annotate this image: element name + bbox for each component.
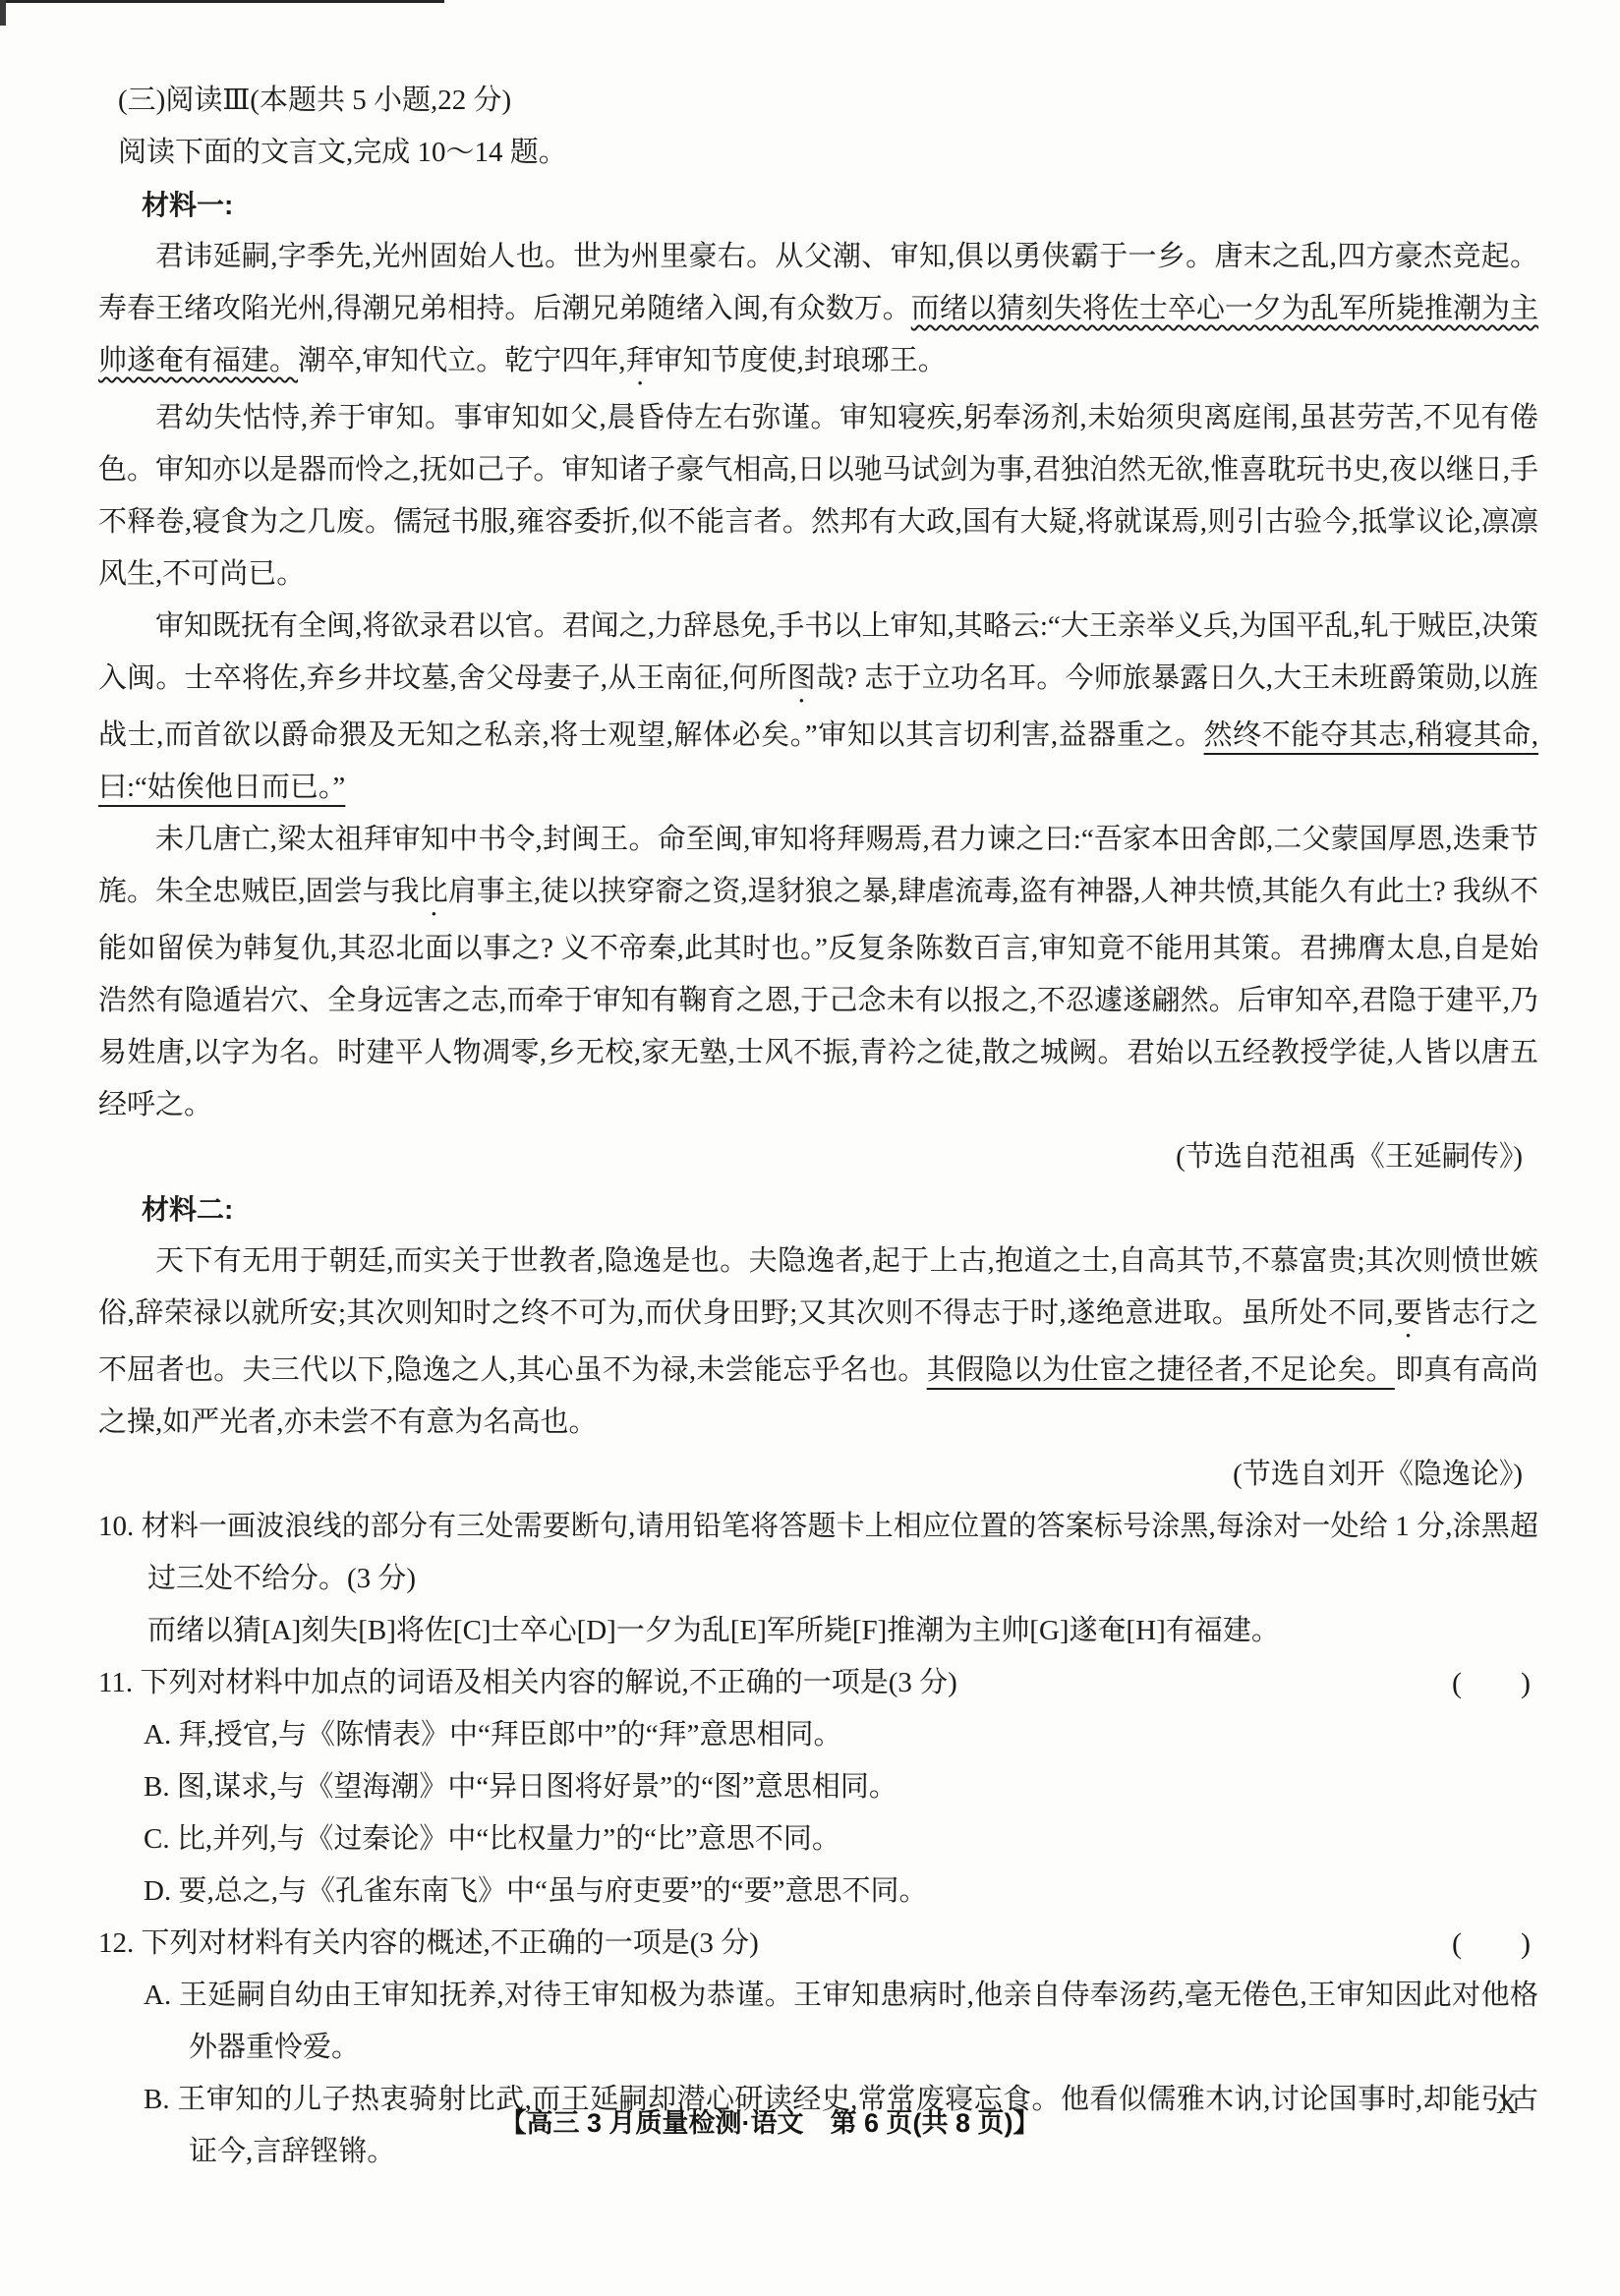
- material-1-paragraph-2: 君幼失怙恃,养于审知。事审知如父,晨昏侍左右弥谨。审知寝疾,躬奉汤剂,未始须臾离…: [98, 392, 1538, 601]
- question-12-answer-bracket: ( ): [1452, 1918, 1538, 1970]
- question-11: 11. 下列对材料中加点的词语及相关内容的解说,不正确的一项是(3 分) ( )…: [98, 1657, 1538, 1918]
- text-segment-dot: 比: [420, 876, 448, 907]
- material-2-heading: 材料二:: [142, 1183, 1538, 1235]
- material-1-source: (节选自范祖禹《王延嗣传》): [98, 1131, 1538, 1183]
- text-segment: 审知节度使,封琅琊王。: [655, 345, 947, 376]
- question-10-sentence: 而绪以猜[A]刻失[B]将佐[C]士卒心[D]一夕为乱[E]军所毙[F]推潮为主…: [98, 1605, 1538, 1657]
- option-label: C.: [144, 1823, 170, 1855]
- text-segment-dot: 图: [787, 662, 816, 694]
- option-text: 图,谋求,与《望海潮》中“异日图将好景”的“图”意思相同。: [177, 1771, 897, 1803]
- option-text: 王延嗣自幼由王审知抚养,对待王审知极为恭谨。王审知患病时,他亲自侍奉汤药,毫无倦…: [179, 1980, 1538, 2063]
- exam-page: (三)阅读Ⅲ(本题共 5 小题,22 分) 阅读下面的文言文,完成 10～14 …: [0, 0, 1620, 2296]
- question-11-option-c: C. 比,并列,与《过秦论》中“比权量力”的“比”意思不同。: [98, 1813, 1538, 1865]
- option-text: 比,并列,与《过秦论》中“比权量力”的“比”意思不同。: [177, 1823, 840, 1855]
- material-2-source: (节选自刘开《隐逸论》): [98, 1449, 1538, 1501]
- text-segment: 君幼失怙恃,养于审知。事审知如父,晨昏侍左右弥谨。审知寝疾,躬奉汤剂,未始须臾离…: [98, 402, 1538, 590]
- question-10-number: 10.: [98, 1511, 134, 1542]
- text-segment: 潮卒,审知代立。乾宁四年,: [298, 345, 626, 376]
- scan-artifact-top: [0, 0, 444, 3]
- text-segment: 天下有无用于朝廷,而实关于世教者,隐逸是也。夫隐逸者,起于上古,抱道之士,自高其…: [98, 1245, 1538, 1329]
- option-text: 要,总之,与《孔雀东南飞》中“虽与府吏要”的“要”意思不同。: [178, 1875, 927, 1907]
- section-heading: (三)阅读Ⅲ(本题共 5 小题,22 分): [118, 75, 1538, 127]
- question-11-option-b: B. 图,谋求,与《望海潮》中“异日图将好景”的“图”意思相同。: [98, 1761, 1538, 1813]
- material-1-paragraph-3: 审知既抚有全闽,将欲录君以官。君闻之,力辞恳免,手书以上审知,其略云:“大王亲举…: [98, 601, 1538, 814]
- material-1-heading: 材料一:: [142, 179, 1538, 231]
- passage-intro: 阅读下面的文言文,完成 10～14 题。: [118, 127, 1538, 179]
- question-11-stem: 11. 下列对材料中加点的词语及相关内容的解说,不正确的一项是(3 分): [98, 1657, 1452, 1709]
- question-10: 10. 材料一画波浪线的部分有三处需要断句,请用铅笔将答题卡上相应位置的答案标号…: [98, 1501, 1538, 1657]
- question-11-text: 下列对材料中加点的词语及相关内容的解说,不正确的一项是(3 分): [140, 1667, 956, 1698]
- question-11-number: 11.: [98, 1667, 133, 1698]
- question-12-option-a: A. 王延嗣自幼由王审知抚养,对待王审知极为恭谨。王审知患病时,他亲自侍奉汤药,…: [98, 1970, 1538, 2074]
- material-2-paragraph-1: 天下有无用于朝廷,而实关于世教者,隐逸是也。夫隐逸者,起于上古,抱道之士,自高其…: [98, 1235, 1538, 1449]
- option-label: A.: [144, 1719, 171, 1751]
- question-11-option-a: A. 拜,授官,与《陈情表》中“拜臣郎中”的“拜”意思相同。: [98, 1709, 1538, 1761]
- scan-artifact-left: [0, 0, 6, 26]
- question-11-answer-bracket: ( ): [1452, 1657, 1538, 1709]
- option-label: A.: [144, 1980, 171, 2011]
- question-11-options: A. 拜,授官,与《陈情表》中“拜臣郎中”的“拜”意思相同。 B. 图,谋求,与…: [98, 1709, 1538, 1918]
- question-10-stem: 10. 材料一画波浪线的部分有三处需要断句,请用铅笔将答题卡上相应位置的答案标号…: [98, 1501, 1538, 1605]
- question-11-stem-row: 11. 下列对材料中加点的词语及相关内容的解说,不正确的一项是(3 分) ( ): [98, 1657, 1538, 1709]
- text-segment-dot: 拜: [626, 345, 655, 376]
- text-segment-underline: 其假隐以为仕宦之捷径者,不足论矣。: [927, 1354, 1395, 1386]
- corner-mark: X: [1496, 2088, 1518, 2121]
- question-11-option-d: D. 要,总之,与《孔雀东南飞》中“虽与府吏要”的“要”意思不同。: [98, 1865, 1538, 1918]
- option-label: D.: [144, 1875, 171, 1907]
- option-text: 拜,授官,与《陈情表》中“拜臣郎中”的“拜”意思相同。: [178, 1719, 841, 1751]
- question-12-options: A. 王延嗣自幼由王审知抚养,对待王审知极为恭谨。王审知患病时,他亲自侍奉汤药,…: [98, 1970, 1538, 2178]
- page-content: (三)阅读Ⅲ(本题共 5 小题,22 分) 阅读下面的文言文,完成 10～14 …: [98, 75, 1538, 2178]
- question-12-stem: 12. 下列对材料有关内容的概述,不正确的一项是(3 分): [98, 1918, 1452, 1970]
- text-segment-dot: 要: [1393, 1297, 1422, 1329]
- option-label: B.: [144, 1771, 170, 1803]
- question-10-text: 材料一画波浪线的部分有三处需要断句,请用铅笔将答题卡上相应位置的答案标号涂黑,每…: [142, 1511, 1538, 1594]
- question-12-stem-row: 12. 下列对材料有关内容的概述,不正确的一项是(3 分) ( ): [98, 1918, 1538, 1970]
- material-1-paragraph-4: 未几唐亡,梁太祖拜审知中书令,封闽王。命至闽,审知将拜赐焉,君力谏之曰:“吾家本…: [98, 814, 1538, 1131]
- text-segment: 肩事主,徒以挟穿窬之资,逞豺狼之暴,肆虐流毒,盗有神器,人神共愤,其能久有此土?…: [98, 876, 1538, 1120]
- material-1-paragraph-1: 君讳延嗣,字季先,光州固始人也。世为州里豪右。从父潮、审知,俱以勇侠霸于一乡。唐…: [98, 231, 1538, 392]
- question-12-text: 下列对材料有关内容的概述,不正确的一项是(3 分): [142, 1927, 759, 1959]
- page-footer: 【高三 3 月质量检测·语文 第 6 页(共 8 页)】: [0, 2101, 1539, 2140]
- question-12-number: 12.: [98, 1927, 134, 1959]
